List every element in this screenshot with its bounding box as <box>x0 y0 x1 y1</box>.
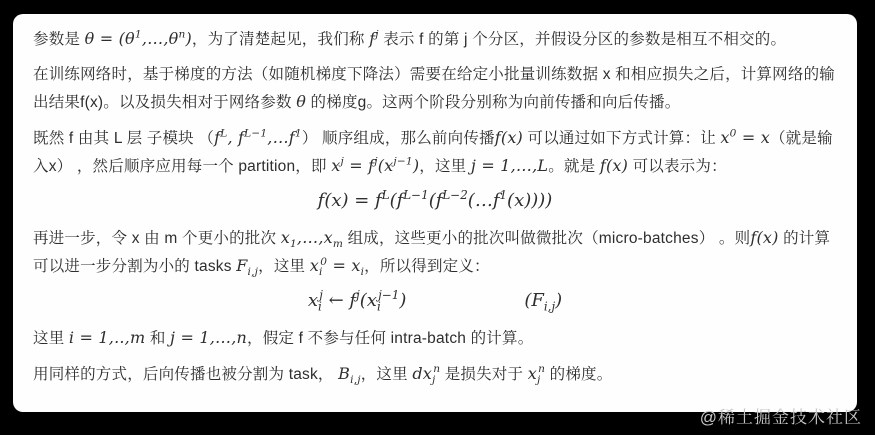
inline-math: j = 1,…,L <box>471 156 548 175</box>
paragraph-text: 组成，这些更小的批次叫做微批次（micro-batches） 。则 <box>343 230 750 247</box>
inline-math: fj <box>369 29 379 48</box>
formula-label: (Fi,j) <box>524 290 562 311</box>
paragraph: 再进一步，令 x 由 m 个更小的批次 x1,…,xm 组成，这些更小的批次叫做… <box>33 224 837 281</box>
inline-math: x1,…,xm <box>281 228 343 247</box>
paragraph-text: ，这里 <box>419 158 471 175</box>
paragraph-text: 用同样的方式，后向传播也被分割为 task， <box>33 366 338 383</box>
formula-math: f(x) = fL(fL−1(fL−2(…f1(x)))) <box>318 190 553 211</box>
inline-math: f(x) <box>600 156 628 175</box>
watermark: @稀土掘金技术社区 <box>700 403 862 428</box>
document-card: 参数是 θ = (θ1,…,θn)，为了清楚起见，我们称 fj 表示 f 的第 … <box>13 14 857 412</box>
paragraph-text: 表示 f 的第 j 个分区，并假设分区的参数是相互不相交的。 <box>379 31 786 48</box>
inline-math: j = 1,…,n <box>170 328 247 347</box>
paragraph-text: 的梯度g。这两个阶段分别称为向前传播和向后传播。 <box>306 94 680 111</box>
inline-math: xj = fj(xj−1) <box>331 156 419 175</box>
paragraph-text: 这里 <box>33 330 69 347</box>
paragraph-text: 既然 f 由其 L 层 子模块 （ <box>33 130 214 147</box>
inline-math: dxjn <box>412 364 440 383</box>
article-content: 参数是 θ = (θ1,…,θn)，为了清楚起见，我们称 fj 表示 f 的第 … <box>33 25 837 388</box>
inline-math: Fi,j <box>236 256 258 275</box>
inline-math: fL, fL−1,…f1 <box>214 128 302 147</box>
inline-math: Bi,j <box>338 364 361 383</box>
paragraph: 参数是 θ = (θ1,…,θn)，为了清楚起见，我们称 fj 表示 f 的第 … <box>33 25 837 54</box>
inline-math: θ = (θ1,…,θn) <box>85 29 192 48</box>
paragraph-text: 。就是 <box>548 158 600 175</box>
page-background: 参数是 θ = (θ1,…,θn)，为了清楚起见，我们称 fj 表示 f 的第 … <box>0 0 875 435</box>
paragraph-text: 参数是 <box>33 31 85 48</box>
inline-math: xi0 = xi <box>310 256 364 275</box>
paragraph-text: ，假定 f 不参与任何 intra-batch 的计算。 <box>247 330 533 347</box>
paragraph: 这里 i = 1,..,m 和 j = 1,…,n，假定 f 不参与任何 int… <box>33 324 837 353</box>
paragraph-text: ，这里 <box>361 366 413 383</box>
inline-math: i = 1,..,m <box>69 328 145 347</box>
paragraph: 用同样的方式，后向传播也被分割为 task， Bi,j，这里 dxjn 是损失对… <box>33 360 837 389</box>
paragraph: 在训练网络时，基于梯度的方法（如随机梯度下降法）需要在给定小批量训练数据 x 和… <box>33 61 837 117</box>
paragraph: 既然 f 由其 L 层 子模块 （fL, fL−1,…f1） 顺序组成，那么前向… <box>33 124 837 181</box>
paragraph-text: 可以表示为： <box>628 158 727 175</box>
paragraph-text: 是损失对于 <box>440 366 528 383</box>
paragraph-text: ，这里 <box>258 258 310 275</box>
paragraph-text: ，为了清楚起见，我们称 <box>192 31 369 48</box>
paragraph-text: 的梯度。 <box>545 366 612 383</box>
paragraph-text: ） 顺序组成，那么前向传播 <box>302 130 495 147</box>
inline-math: x0 = x <box>720 128 770 147</box>
formula-math: xij ← fj(xij−1) <box>308 290 407 311</box>
inline-math: f(x) <box>750 228 778 247</box>
inline-math: θ <box>296 92 306 111</box>
inline-math: xjn <box>528 364 545 383</box>
paragraph-text: 可以通过如下方式计算：让 <box>523 130 720 147</box>
display-formula: xij ← fj(xij−1)(Fi,j) <box>33 290 837 311</box>
inline-math: f(x) <box>495 128 523 147</box>
paragraph-text: 再进一步，令 x 由 m 个更小的批次 <box>33 230 281 247</box>
paragraph-text: 和 <box>145 330 170 347</box>
paragraph-text: ，所以得到定义： <box>364 258 490 275</box>
display-formula: f(x) = fL(fL−1(fL−2(…f1(x)))) <box>33 190 837 211</box>
